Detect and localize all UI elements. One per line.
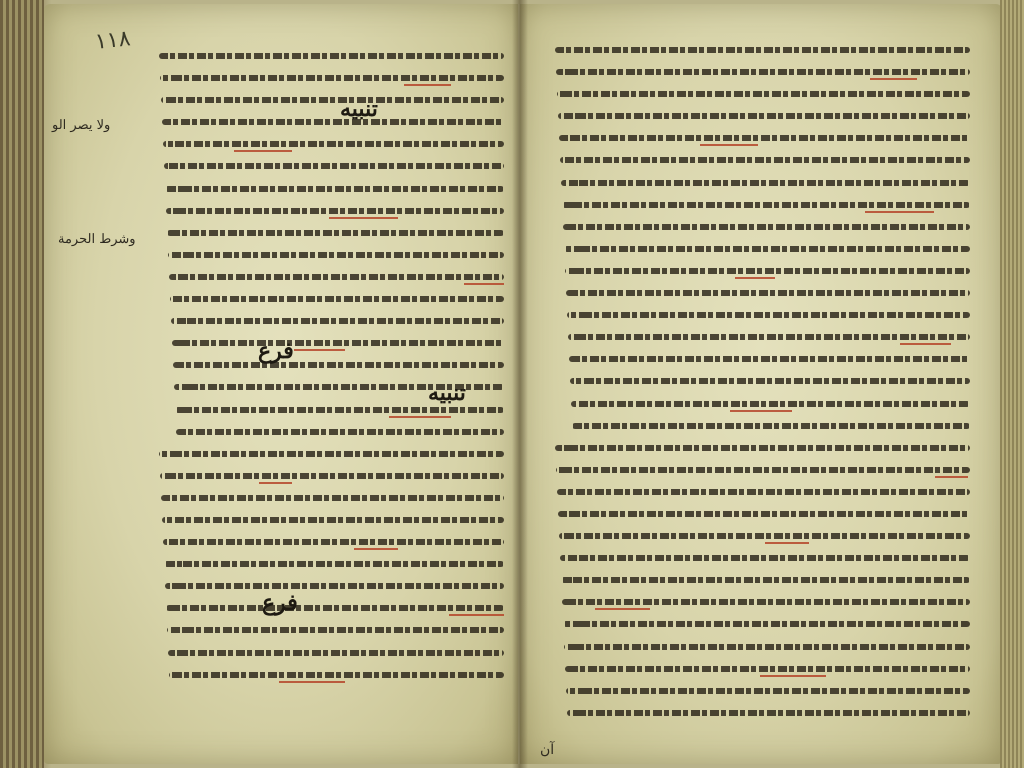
handwritten-text — [570, 378, 970, 384]
handwritten-text — [566, 290, 970, 296]
handwritten-text — [176, 429, 504, 435]
text-line — [154, 179, 504, 201]
handwritten-text — [562, 202, 970, 208]
rubric-overline — [449, 614, 504, 616]
text-line — [550, 305, 970, 327]
handwritten-text — [165, 583, 504, 589]
text-line — [154, 311, 504, 333]
text-line — [154, 156, 504, 178]
rubric-marker: تنبيه — [428, 380, 466, 406]
bottom-mark: آن — [540, 742, 554, 758]
handwritten-text — [564, 246, 970, 252]
handwritten-text — [558, 113, 970, 119]
text-line — [550, 703, 970, 725]
handwritten-text — [166, 605, 504, 611]
handwritten-text — [171, 318, 504, 324]
handwritten-text — [162, 517, 504, 523]
rubric-overline — [404, 84, 451, 86]
margin-note: ولا يصر الو — [52, 118, 110, 133]
handwritten-text — [558, 511, 970, 517]
handwritten-text — [167, 627, 504, 633]
text-line — [550, 659, 970, 681]
rubric-overline — [865, 211, 934, 213]
handwritten-text — [559, 135, 970, 141]
text-line — [154, 134, 504, 156]
handwritten-text — [170, 296, 504, 302]
handwritten-text — [560, 157, 970, 163]
text-line — [550, 460, 970, 482]
rubric-overline — [595, 608, 650, 610]
rubric-overline — [259, 482, 292, 484]
text-line — [154, 620, 504, 642]
handwritten-text — [162, 119, 504, 125]
handwritten-text — [164, 163, 504, 169]
text-line — [550, 62, 970, 84]
text-line — [154, 355, 504, 377]
handwritten-text — [557, 489, 970, 495]
margin-note: وشرط الحرمة — [58, 232, 136, 247]
text-line — [154, 444, 504, 466]
rubric-overline — [464, 283, 504, 285]
handwritten-text — [167, 230, 504, 236]
text-line — [154, 289, 504, 311]
text-line — [550, 283, 970, 305]
text-line — [550, 570, 970, 592]
handwritten-text — [565, 666, 970, 672]
left-page-text-block — [154, 46, 504, 687]
text-line — [550, 261, 970, 283]
handwritten-text — [556, 69, 970, 75]
handwritten-text — [166, 208, 504, 214]
binding-edge-left — [0, 0, 44, 768]
rubric-overline — [870, 78, 917, 80]
rubric-overline — [700, 144, 758, 146]
text-line — [550, 327, 970, 349]
book-gutter — [512, 0, 528, 768]
handwritten-text — [561, 180, 970, 186]
rubric-overline — [234, 150, 292, 152]
handwritten-text — [161, 97, 504, 103]
text-line — [550, 681, 970, 703]
text-line — [550, 195, 970, 217]
text-line — [550, 438, 970, 460]
text-line — [550, 349, 970, 371]
text-line — [550, 592, 970, 614]
rubric-overline — [730, 410, 792, 412]
text-line — [154, 643, 504, 665]
text-line — [550, 239, 970, 261]
rubric-overline — [735, 277, 775, 279]
handwritten-text — [571, 401, 970, 407]
text-line — [154, 333, 504, 355]
text-line — [550, 548, 970, 570]
text-line — [154, 665, 504, 687]
handwritten-text — [564, 644, 970, 650]
text-line — [154, 267, 504, 289]
handwritten-text — [169, 274, 504, 280]
rubric-overline — [765, 542, 809, 544]
text-line — [550, 504, 970, 526]
text-line — [154, 554, 504, 576]
text-line — [550, 614, 970, 636]
text-line — [550, 173, 970, 195]
text-line — [154, 532, 504, 554]
text-line — [550, 416, 970, 438]
rubric-overline — [900, 343, 951, 345]
handwritten-text — [567, 312, 970, 318]
handwritten-text — [159, 53, 504, 59]
text-line — [154, 46, 504, 68]
rubric-overline — [389, 416, 451, 418]
text-line — [154, 68, 504, 90]
handwritten-text — [565, 268, 970, 274]
text-line — [550, 637, 970, 659]
manuscript-photo: ١١٨ ولا يصر الو وشرط الحرمة تنبيه فرع تن… — [0, 0, 1024, 768]
text-line — [550, 84, 970, 106]
text-line — [550, 128, 970, 150]
page-edges-right — [1000, 0, 1024, 768]
handwritten-text — [168, 650, 504, 656]
handwritten-text — [164, 561, 504, 567]
handwritten-text — [567, 710, 970, 716]
handwritten-text — [569, 356, 970, 362]
handwritten-text — [165, 186, 504, 192]
handwritten-text — [555, 47, 970, 53]
handwritten-text — [563, 224, 970, 230]
rubric-overline — [760, 675, 826, 677]
handwritten-text — [172, 340, 504, 346]
text-line — [154, 488, 504, 510]
rubric-marker: فرع — [258, 338, 294, 364]
handwritten-text — [163, 539, 504, 545]
text-line — [550, 526, 970, 548]
handwritten-text — [559, 533, 970, 539]
handwritten-text — [572, 423, 970, 429]
text-line — [550, 106, 970, 128]
handwritten-text — [160, 473, 504, 479]
text-line — [550, 482, 970, 504]
text-line — [550, 371, 970, 393]
handwritten-text — [555, 445, 970, 451]
right-page — [520, 4, 1002, 764]
text-line — [154, 223, 504, 245]
text-line — [154, 112, 504, 134]
text-line — [550, 394, 970, 416]
handwritten-text — [159, 451, 504, 457]
rubric-overline — [279, 681, 345, 683]
text-line — [154, 90, 504, 112]
handwritten-text — [566, 688, 970, 694]
handwritten-text — [560, 555, 970, 561]
text-line — [550, 217, 970, 239]
text-line — [154, 576, 504, 598]
text-line — [550, 40, 970, 62]
rubric-overline — [294, 349, 345, 351]
text-line — [154, 422, 504, 444]
rubric-overline — [329, 217, 398, 219]
handwritten-text — [561, 577, 970, 583]
handwritten-text — [175, 407, 504, 413]
rubric-marker: فرع — [262, 590, 298, 616]
text-line — [154, 466, 504, 488]
text-line — [550, 150, 970, 172]
handwritten-text — [557, 91, 970, 97]
text-line — [154, 201, 504, 223]
handwritten-text — [168, 252, 504, 258]
handwritten-text — [169, 672, 504, 678]
rubric-overline — [935, 476, 968, 478]
right-page-text-block — [550, 40, 970, 725]
handwritten-text — [161, 495, 504, 501]
folio-number: ١١٨ — [94, 26, 132, 55]
handwritten-text — [173, 362, 504, 368]
handwritten-text — [568, 334, 970, 340]
text-line — [154, 510, 504, 532]
handwritten-text — [160, 75, 504, 81]
handwritten-text — [562, 599, 970, 605]
handwritten-text — [163, 141, 504, 147]
handwritten-text — [556, 467, 970, 473]
text-line — [154, 245, 504, 267]
rubric-overline — [354, 548, 398, 550]
text-line — [154, 598, 504, 620]
handwritten-text — [563, 621, 970, 627]
rubric-marker: تنبيه — [340, 96, 378, 122]
